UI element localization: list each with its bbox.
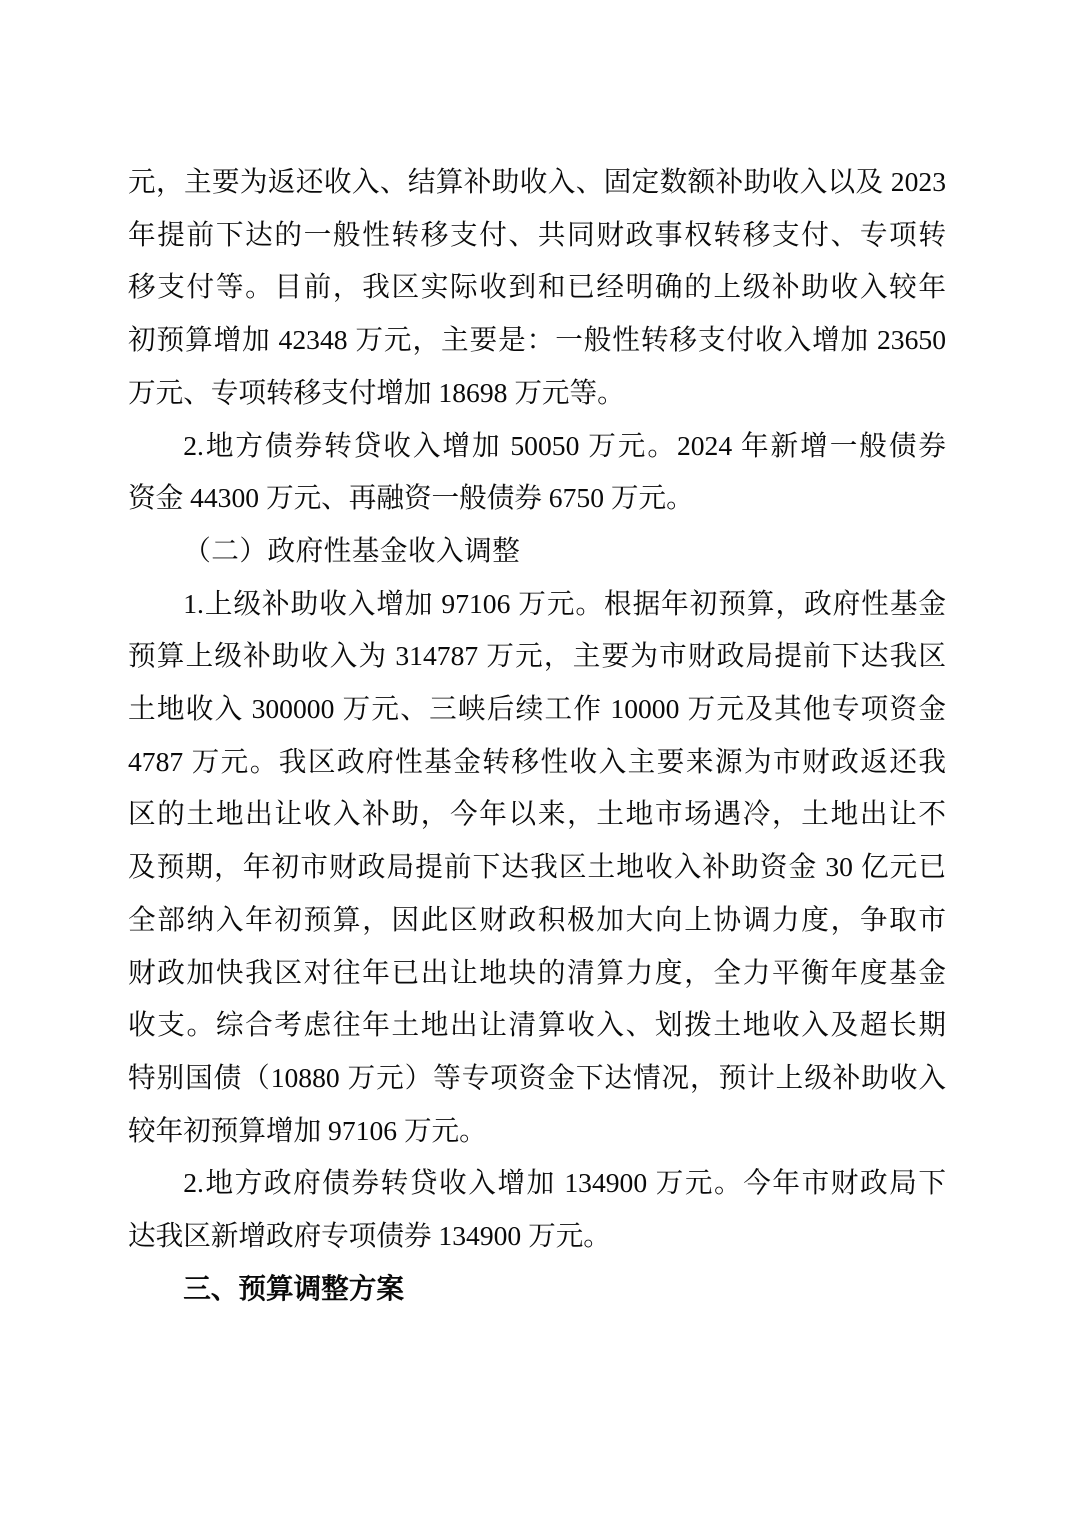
text-line: 较年初预算增加 97106 万元。 [128, 1105, 946, 1158]
text-line: 万元、专项转移支付增加 18698 万元等。 [128, 367, 946, 420]
text-line: 移支付等。目前，我区实际收到和已经明确的上级补助收入较年 [128, 261, 946, 314]
text-line: 区的土地出让收入补助，今年以来，土地市场遇冷，土地出让不 [128, 788, 946, 841]
text-line: 及预期，年初市财政局提前下达我区土地收入补助资金 30 亿元已 [128, 841, 946, 894]
text-line: 元，主要为返还收入、结算补助收入、固定数额补助收入以及 2023 [128, 156, 946, 209]
text-line: 达我区新增政府专项债券 134900 万元。 [128, 1210, 946, 1263]
text-line: 土地收入 300000 万元、三峡后续工作 10000 万元及其他专项资金 [128, 683, 946, 736]
text-line: 4787 万元。我区政府性基金转移性收入主要来源为市财政返还我 [128, 736, 946, 789]
text-line: （二）政府性基金收入调整 [128, 525, 946, 578]
text-line: 2.地方政府债券转贷收入增加 134900 万元。今年市财政局下 [128, 1157, 946, 1210]
paragraph: 元，主要为返还收入、结算补助收入、固定数额补助收入以及 2023年提前下达的一般… [128, 156, 946, 420]
text-line: 资金 44300 万元、再融资一般债券 6750 万元。 [128, 472, 946, 525]
text-line: 初预算增加 42348 万元，主要是：一般性转移支付收入增加 23650 [128, 314, 946, 367]
section-heading: 三、预算调整方案 [128, 1263, 946, 1316]
text-line: 特别国债（10880 万元）等专项资金下达情况，预计上级补助收入 [128, 1052, 946, 1105]
paragraph: 2.地方政府债券转贷收入增加 134900 万元。今年市财政局下达我区新增政府专… [128, 1157, 946, 1262]
document-text: 元，主要为返还收入、结算补助收入、固定数额补助收入以及 2023年提前下达的一般… [128, 156, 946, 1315]
paragraph: 1.上级补助收入增加 97106 万元。根据年初预算，政府性基金预算上级补助收入… [128, 578, 946, 1158]
paragraph: 2.地方债券转贷收入增加 50050 万元。2024 年新增一般债券资金 443… [128, 420, 946, 525]
text-line: 预算上级补助收入为 314787 万元，主要为市财政局提前下达我区 [128, 630, 946, 683]
text-line: 收支。综合考虑往年土地出让清算收入、划拨土地收入及超长期 [128, 999, 946, 1052]
section-subheading: （二）政府性基金收入调整 [128, 525, 946, 578]
text-line: 1.上级补助收入增加 97106 万元。根据年初预算，政府性基金 [128, 578, 946, 631]
text-line: 2.地方债券转贷收入增加 50050 万元。2024 年新增一般债券 [128, 420, 946, 473]
document-page: 元，主要为返还收入、结算补助收入、固定数额补助收入以及 2023年提前下达的一般… [0, 0, 1074, 1520]
text-line: 全部纳入年初预算，因此区财政积极加大向上协调力度，争取市 [128, 894, 946, 947]
text-line: 三、预算调整方案 [128, 1263, 946, 1316]
text-line: 年提前下达的一般性转移支付、共同财政事权转移支付、专项转 [128, 209, 946, 262]
text-line: 财政加快我区对往年已出让地块的清算力度，全力平衡年度基金 [128, 947, 946, 1000]
